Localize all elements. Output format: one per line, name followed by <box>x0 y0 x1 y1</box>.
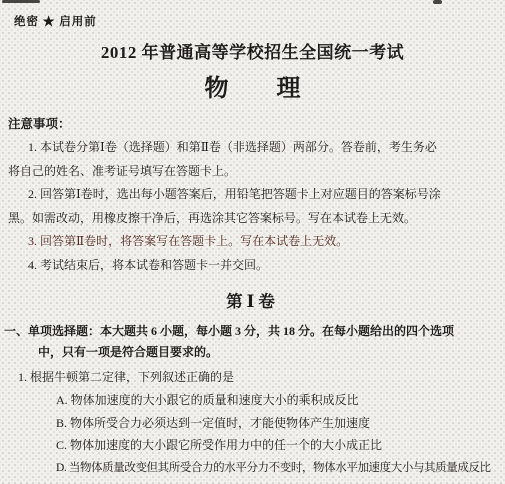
notice-item-3: 3. 回答第Ⅱ卷时，将答案写在答题卡上。写在本试卷上无效。 <box>8 230 497 254</box>
subject-title: 物 理 <box>0 68 505 103</box>
question-1-option-b: B. 物体所受合力必须达到一定值时，才能使物体产生加速度 <box>56 412 505 435</box>
part-1-heading: 第Ⅰ卷 <box>0 288 505 312</box>
notice-item-4: 4. 考试结束后，将本试卷和答题卡一并交回。 <box>8 254 497 278</box>
notice-item-1-line-2: 将自己的姓名、准考证号填写在答题卡上。 <box>8 160 497 184</box>
section-1-heading-line-1: 一、单项选择题：本大题共 6 小题，每小题 3 分，共 18 分。在每小题给出的… <box>4 321 501 342</box>
classification-label: 绝密 ★ 启用前 <box>0 0 505 29</box>
question-1-options: A. 物体加速度的大小跟它的质量和速度大小的乘积成反比 B. 物体所受合力必须达… <box>56 389 505 479</box>
notices-block: 注意事项： 1. 本试卷分第Ⅰ卷（选择题）和第Ⅱ卷（非选择题）两部分。答卷前，考… <box>8 112 497 277</box>
scan-artifact <box>2 0 40 3</box>
question-1: 1. 根据牛顿第二定律，下列叙述正确的是 A. 物体加速度的大小跟它的质量和速度… <box>18 366 505 479</box>
notice-item-1-line-1: 1. 本试卷分第Ⅰ卷（选择题）和第Ⅱ卷（非选择题）两部分。答卷前，考生务必 <box>8 136 497 160</box>
section-1-heading-line-2: 中，只有一项是符合题目要求的。 <box>38 342 501 363</box>
exam-paper-page: 绝密 ★ 启用前 2012 年普通高等学校招生全国统一考试 物 理 注意事项： … <box>0 0 505 484</box>
question-1-stem: 1. 根据牛顿第二定律，下列叙述正确的是 <box>18 366 505 389</box>
notices-heading: 注意事项： <box>8 112 497 136</box>
question-1-option-a: A. 物体加速度的大小跟它的质量和速度大小的乘积成反比 <box>56 389 505 412</box>
notice-item-2-line-2: 黑。如需改动，用橡皮擦干净后，再选涂其它答案标号。写在本试卷上无效。 <box>8 207 497 231</box>
exam-title: 2012 年普通高等学校招生全国统一考试 <box>0 38 505 63</box>
notice-item-2-line-1: 2. 回答第Ⅰ卷时，选出每小题答案后，用铅笔把答题卡上对应题目的答案标号涂 <box>8 183 497 207</box>
question-1-option-c: C. 物体加速度的大小跟它所受作用力中的任一个的大小成正比 <box>56 434 505 457</box>
question-1-option-d: D. 当物体质量改变但其所受合力的水平分力不变时，物体水平加速度大小与其质量成反… <box>56 457 505 480</box>
section-1-heading: 一、单项选择题：本大题共 6 小题，每小题 3 分，共 18 分。在每小题给出的… <box>4 321 501 363</box>
scan-artifact <box>433 0 442 4</box>
